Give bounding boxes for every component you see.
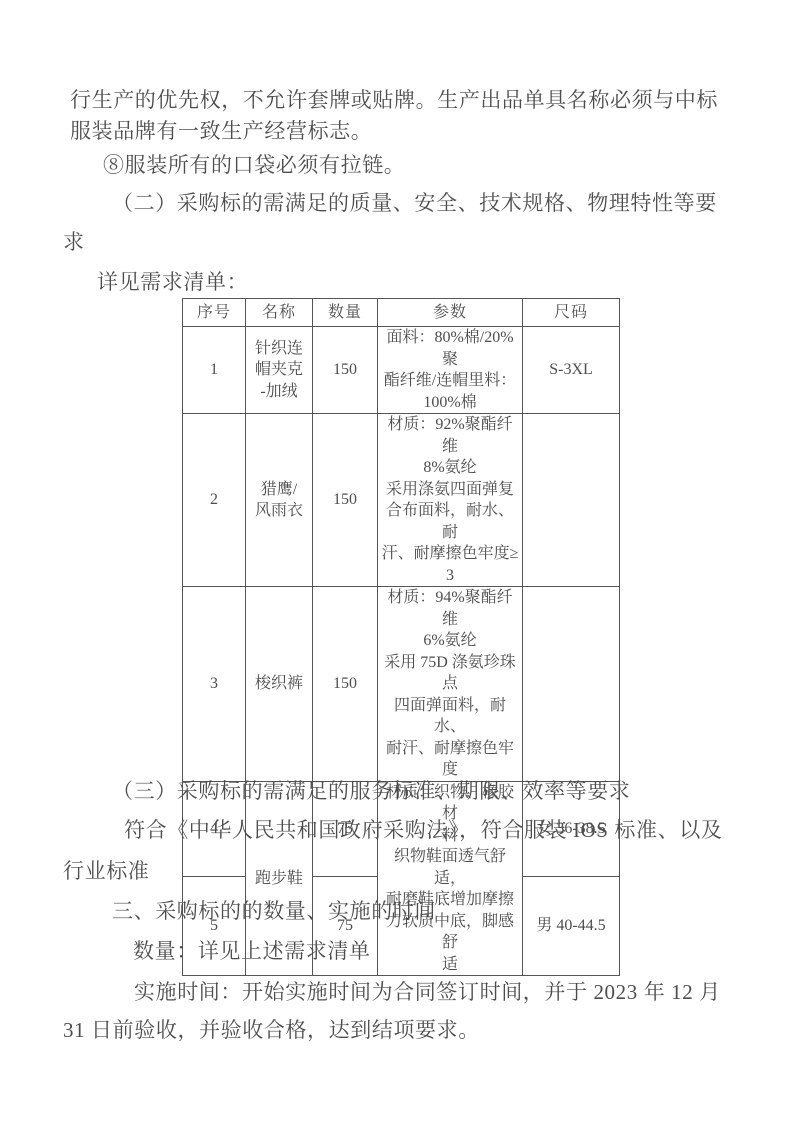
section-heading: 三、采购标的的数量、实施的时间 <box>112 898 436 924</box>
table-row: 3 梭织裤 150 材质：94%聚酯纤维 6%氨纶 采用 75D 涤氨珍珠点 四… <box>183 587 620 782</box>
document-page: 行生产的优先权，不允许套牌或贴牌。生产出品单具名称必须与中标 服装品牌有一致生产… <box>0 0 800 1131</box>
body-line: 符合《中华人民共和国政府采购法》，符合服装 IOS 标准、以及 <box>124 817 722 843</box>
body-line: 数量：详见上述需求清单 <box>133 938 371 964</box>
col-header-name: 名称 <box>246 299 313 327</box>
body-line: 服装品牌有一致生产经营标志。 <box>70 118 372 144</box>
cell-size <box>523 414 620 587</box>
table-row: 1 针织连 帽夹克 -加绒 150 面料：80%棉/20%聚 酯纤维/连帽里料：… <box>183 327 620 414</box>
section-heading: （三）采购标的需满足的服务标准、期限、效率等要求 <box>112 778 630 804</box>
cell-params: 材质：92%聚酯纤维 8%氨纶 采用涤氨四面弹复 合布面料，耐水、耐 汗、耐摩擦… <box>378 414 523 587</box>
cell-no: 2 <box>183 414 246 587</box>
cell-size: 男 40-44.5 <box>523 876 620 975</box>
table-header-row: 序号 名称 数量 参数 尺码 <box>183 299 620 327</box>
col-header-no: 序号 <box>183 299 246 327</box>
cell-size <box>523 587 620 782</box>
cell-name: 梭织裤 <box>246 587 313 782</box>
section-heading: （二）采购标的需满足的质量、安全、技术规格、物理特性等要 <box>112 190 717 216</box>
table-row: 2 猎鹰/ 风雨衣 150 材质：92%聚酯纤维 8%氨纶 采用涤氨四面弹复 合… <box>183 414 620 587</box>
body-line: 详见需求清单： <box>97 269 248 295</box>
cell-params: 材质：94%聚酯纤维 6%氨纶 采用 75D 涤氨珍珠点 四面弹面料，耐水、 耐… <box>378 587 523 782</box>
body-line: 行业标准 <box>63 858 149 884</box>
body-line: 行生产的优先权，不允许套牌或贴牌。生产出品单具名称必须与中标 <box>70 87 718 113</box>
cell-name: 针织连 帽夹克 -加绒 <box>246 327 313 414</box>
section-heading-wrap: 求 <box>63 229 85 255</box>
cell-size: S-3XL <box>523 327 620 414</box>
col-header-params: 参数 <box>378 299 523 327</box>
cell-params: 面料：80%棉/20%聚 酯纤维/连帽里料： 100%棉 <box>378 327 523 414</box>
body-line: 31 日前验收，并验收合格，达到结项要求。 <box>63 1017 480 1043</box>
cell-qty: 150 <box>313 414 378 587</box>
body-line: ⑧服装所有的口袋必须有拉链。 <box>103 152 405 178</box>
cell-qty: 150 <box>313 587 378 782</box>
cell-no: 1 <box>183 327 246 414</box>
cell-qty: 150 <box>313 327 378 414</box>
col-header-qty: 数量 <box>313 299 378 327</box>
body-line: 实施时间：开始实施时间为合同签订时间，并于 2023 年 12 月 <box>134 979 721 1005</box>
col-header-size: 尺码 <box>523 299 620 327</box>
requirements-table: 序号 名称 数量 参数 尺码 1 针织连 帽夹克 -加绒 150 面料：80%棉… <box>182 298 620 976</box>
cell-name: 猎鹰/ 风雨衣 <box>246 414 313 587</box>
cell-params-merged: 材质：织物、橡胶材 料 织物鞋面透气舒适， 耐磨鞋底增加摩擦 力软质中底，脚感舒… <box>378 781 523 976</box>
cell-no: 3 <box>183 587 246 782</box>
